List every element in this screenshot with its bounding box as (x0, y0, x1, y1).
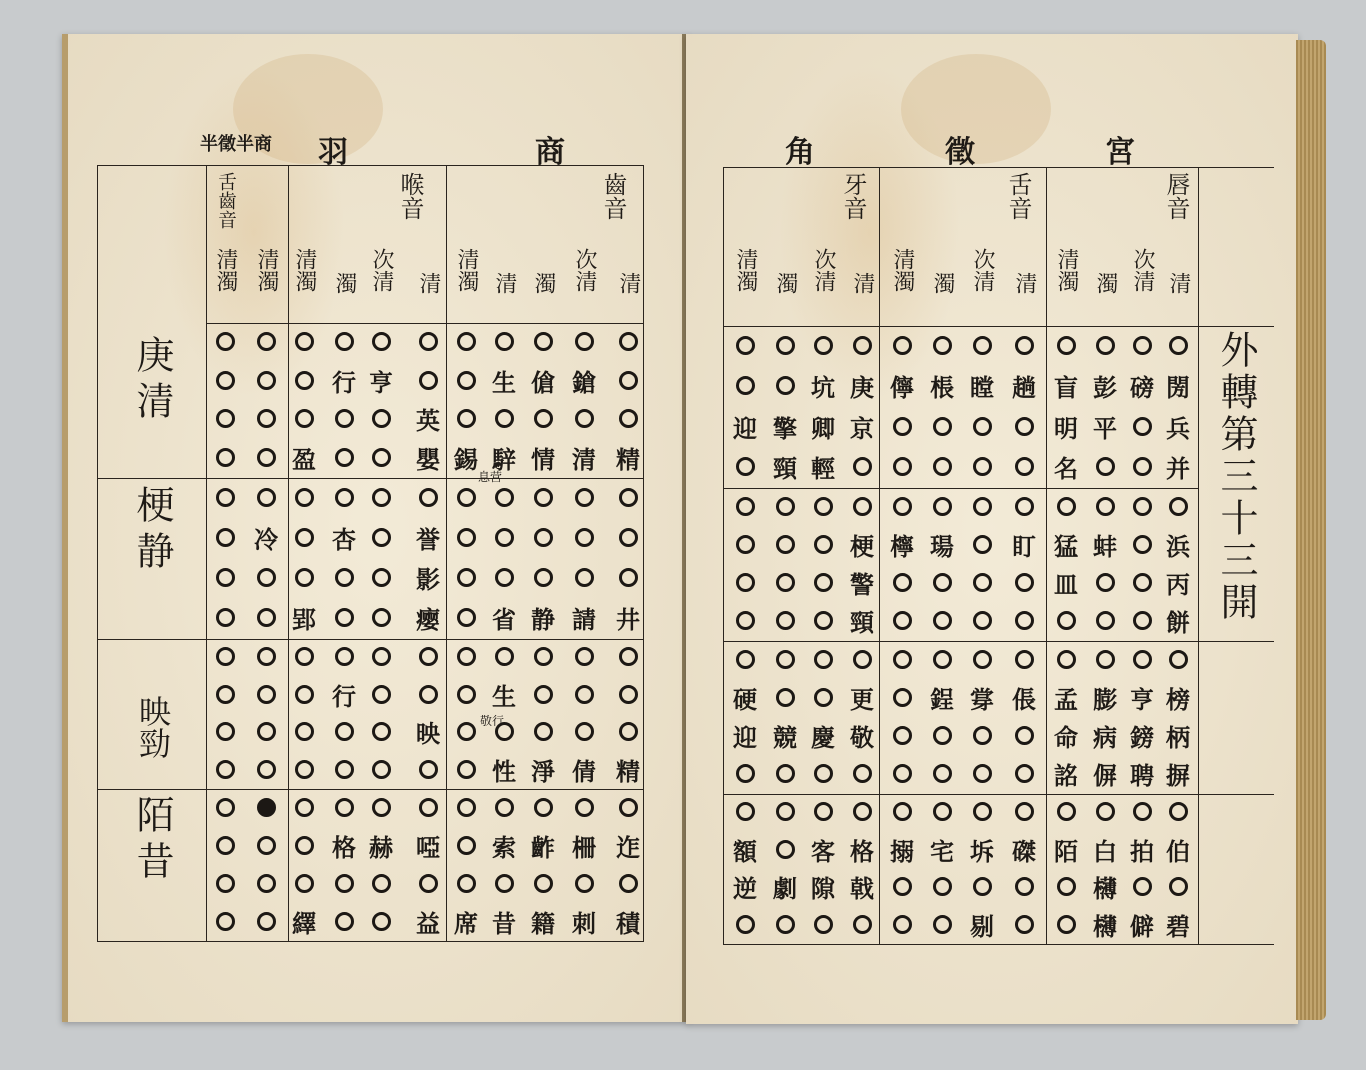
right-cell (1161, 488, 1195, 524)
empty-circle-icon (335, 874, 354, 893)
page-stack-edge (1296, 40, 1326, 1020)
right-cell: 趟 (1007, 368, 1041, 404)
voicing-label: 清 (1011, 272, 1037, 294)
left-cell: 情 (526, 440, 560, 476)
empty-circle-icon (257, 836, 276, 855)
right-cell: 倀 (1007, 679, 1041, 715)
empty-circle-icon (372, 568, 391, 587)
left-cell (449, 639, 483, 675)
right-cell: 丙 (1161, 565, 1195, 601)
empty-circle-icon (457, 760, 476, 779)
right-cell (728, 756, 762, 792)
empty-circle-icon (619, 409, 638, 428)
empty-circle-icon (933, 650, 952, 669)
empty-circle-icon (295, 409, 314, 428)
empty-circle-icon (736, 497, 755, 516)
right-cell: 摒 (1161, 756, 1195, 792)
right-cell (885, 794, 919, 830)
right-cell (1125, 526, 1159, 562)
empty-circle-icon (372, 760, 391, 779)
empty-circle-icon (534, 568, 553, 587)
empty-circle-icon (814, 573, 833, 592)
left-cell (364, 519, 398, 555)
empty-circle-icon (216, 488, 235, 507)
empty-circle-icon (853, 457, 872, 476)
empty-circle-icon (495, 798, 514, 817)
empty-circle-icon (372, 409, 391, 428)
right-cell: 磅 (1125, 368, 1159, 404)
voicing-label: 清濁 (453, 248, 479, 292)
empty-circle-icon (1015, 802, 1034, 821)
right-cell: 榜 (1161, 679, 1195, 715)
right-cell (965, 449, 999, 485)
right-cell: 偋 (1088, 756, 1122, 792)
empty-circle-icon (1057, 497, 1076, 516)
left-cell: 籍 (526, 903, 560, 939)
left-cell (364, 714, 398, 750)
empty-circle-icon (776, 611, 795, 630)
left-cell (611, 714, 645, 750)
right-cell: 競 (768, 718, 802, 754)
group-title-gong: 宮 (1105, 127, 1135, 171)
left-cell: 齚 (526, 827, 560, 863)
left-cell (411, 789, 445, 825)
right-cell (925, 906, 959, 942)
empty-circle-icon (575, 488, 594, 507)
left-cell: 行 (327, 362, 361, 398)
left-cell (364, 323, 398, 359)
left-cell (611, 401, 645, 437)
empty-circle-icon (933, 915, 952, 934)
rime-label-departing: 映勁 (130, 695, 176, 759)
empty-circle-icon (1057, 611, 1076, 630)
right-cell: 硬 (728, 679, 762, 715)
empty-circle-icon (814, 611, 833, 630)
left-cell (526, 865, 560, 901)
voicing-label: 清濁 (291, 248, 317, 292)
empty-circle-icon (814, 915, 833, 934)
right-cell: 名 (1049, 449, 1083, 485)
right-cell (768, 565, 802, 601)
left-cell (611, 323, 645, 359)
left-cell: 映 (411, 714, 445, 750)
left-cell (567, 789, 601, 825)
left-cell (567, 479, 601, 515)
empty-circle-icon (1057, 336, 1076, 355)
right-cell (1088, 327, 1122, 363)
right-cell: 逆 (728, 869, 762, 905)
empty-circle-icon (776, 840, 795, 859)
left-cell (249, 751, 283, 787)
left-cell: 精 (611, 751, 645, 787)
left-cell (208, 479, 242, 515)
empty-circle-icon (216, 409, 235, 428)
left-cell (526, 714, 560, 750)
right-cell (1049, 327, 1083, 363)
left-cell (287, 751, 321, 787)
right-cell (1049, 603, 1083, 639)
left-cell (249, 560, 283, 596)
empty-circle-icon (534, 798, 553, 817)
left-cell: 請 (567, 600, 601, 636)
left-cell (411, 362, 445, 398)
empty-circle-icon (372, 488, 391, 507)
right-cell (806, 488, 840, 524)
left-cell: 誉 (411, 519, 445, 555)
left-cell: 瘿 (411, 600, 445, 636)
empty-circle-icon (736, 376, 755, 395)
empty-circle-icon (619, 647, 638, 666)
right-cell: 鎊 (1125, 718, 1159, 754)
left-cell: 省 (487, 600, 521, 636)
left-cell: 行 (327, 676, 361, 712)
left-cell (449, 519, 483, 555)
right-cell: 盯 (1007, 526, 1041, 562)
right-cell: 亨 (1125, 679, 1159, 715)
left-cell (208, 600, 242, 636)
empty-circle-icon (619, 332, 638, 351)
left-cell (208, 401, 242, 437)
empty-circle-icon (814, 764, 833, 783)
empty-circle-icon (933, 417, 952, 436)
empty-circle-icon (776, 336, 795, 355)
empty-circle-icon (776, 915, 795, 934)
empty-circle-icon (457, 874, 476, 893)
right-cell (1007, 327, 1041, 363)
left-cell (411, 865, 445, 901)
initial-class-label: 唇音 (1163, 172, 1189, 220)
empty-circle-icon (814, 497, 833, 516)
empty-circle-icon (575, 528, 594, 547)
left-cell (487, 639, 521, 675)
right-cell (885, 718, 919, 754)
left-cell (487, 323, 521, 359)
initial-class-label: 喉音 (397, 172, 423, 220)
empty-circle-icon (295, 760, 314, 779)
right-cell (965, 794, 999, 830)
left-cell (249, 639, 283, 675)
right-cell (806, 526, 840, 562)
empty-circle-icon (372, 608, 391, 627)
right-cell (1125, 869, 1159, 905)
empty-circle-icon (216, 332, 235, 351)
empty-circle-icon (736, 611, 755, 630)
right-cell (1088, 603, 1122, 639)
right-cell: 明 (1049, 408, 1083, 444)
left-cell (249, 789, 283, 825)
left-cell (327, 903, 361, 939)
left-cell: 精 (611, 440, 645, 476)
empty-circle-icon (295, 371, 314, 390)
empty-circle-icon (372, 448, 391, 467)
right-cell (1007, 565, 1041, 601)
left-cell: 赫 (364, 827, 398, 863)
right-cell (965, 641, 999, 677)
empty-circle-icon (1169, 497, 1188, 516)
empty-circle-icon (216, 371, 235, 390)
right-cell: 僻 (1125, 906, 1159, 942)
left-cell: 英 (411, 401, 445, 437)
empty-circle-icon (257, 874, 276, 893)
left-cell (364, 600, 398, 636)
margin-annotation: 息营 (478, 468, 502, 485)
right-cell: 鋥 (925, 679, 959, 715)
empty-circle-icon (776, 688, 795, 707)
right-cell (845, 449, 879, 485)
left-cell (526, 519, 560, 555)
empty-circle-icon (1015, 497, 1034, 516)
right-cell: 餅 (1161, 603, 1195, 639)
empty-circle-icon (495, 332, 514, 351)
right-cell (768, 756, 802, 792)
right-cell (1049, 794, 1083, 830)
empty-circle-icon (534, 722, 553, 741)
empty-circle-icon (619, 488, 638, 507)
divider (879, 168, 880, 944)
group-title-banzhi-banshang: 半徵半商 (200, 130, 272, 156)
right-cell (845, 641, 879, 677)
empty-circle-icon (457, 647, 476, 666)
right-cell: 搦 (885, 831, 919, 867)
empty-circle-icon (335, 332, 354, 351)
left-cell (287, 401, 321, 437)
empty-circle-icon (619, 874, 638, 893)
empty-circle-icon (973, 457, 992, 476)
empty-circle-icon (372, 874, 391, 893)
empty-circle-icon (619, 568, 638, 587)
left-cell (287, 676, 321, 712)
right-cell (768, 641, 802, 677)
left-cell: 益 (411, 903, 445, 939)
empty-circle-icon (933, 877, 952, 896)
left-cell (249, 401, 283, 437)
left-cell: 盈 (287, 440, 321, 476)
empty-circle-icon (736, 573, 755, 592)
right-cell: 蚌 (1088, 526, 1122, 562)
empty-circle-icon (457, 488, 476, 507)
empty-circle-icon (893, 497, 912, 516)
right-cell (1088, 449, 1122, 485)
right-cell (768, 526, 802, 562)
right-cell (768, 794, 802, 830)
right-cell: 閍 (1161, 368, 1195, 404)
left-cell (287, 714, 321, 750)
left-cell (327, 600, 361, 636)
right-cell: 警 (845, 565, 879, 601)
empty-circle-icon (495, 647, 514, 666)
voicing-label: 濁 (772, 272, 798, 294)
right-cell (1007, 906, 1041, 942)
left-cell: 積 (611, 903, 645, 939)
left-cell (208, 519, 242, 555)
empty-circle-icon (257, 647, 276, 666)
right-cell: 浜 (1161, 526, 1195, 562)
empty-circle-icon (933, 726, 952, 745)
empty-circle-icon (893, 915, 912, 934)
right-cell (1088, 641, 1122, 677)
empty-circle-icon (853, 802, 872, 821)
empty-circle-icon (216, 568, 235, 587)
chapter-title: 外轉第三十三開 (1216, 330, 1256, 624)
empty-circle-icon (1015, 457, 1034, 476)
right-cell (1007, 641, 1041, 677)
right-cell: 頸 (768, 449, 802, 485)
left-cell (364, 903, 398, 939)
right-cell (728, 641, 762, 677)
empty-circle-icon (534, 685, 553, 704)
empty-circle-icon (853, 650, 872, 669)
left-cell: 刺 (567, 903, 601, 939)
left-cell (287, 362, 321, 398)
empty-circle-icon (457, 798, 476, 817)
empty-circle-icon (216, 912, 235, 931)
empty-circle-icon (295, 874, 314, 893)
left-cell (449, 362, 483, 398)
divider (1046, 168, 1047, 944)
left-cell (208, 865, 242, 901)
empty-circle-icon (973, 417, 992, 436)
empty-circle-icon (776, 376, 795, 395)
right-cell: 坑 (806, 368, 840, 404)
left-cell (208, 827, 242, 863)
left-cell (287, 865, 321, 901)
filled-circle-icon (257, 798, 276, 817)
left-cell (249, 676, 283, 712)
right-cell: 棖 (925, 368, 959, 404)
empty-circle-icon (257, 722, 276, 741)
left-cell (487, 519, 521, 555)
right-cell (1125, 449, 1159, 485)
left-cell: 杏 (327, 519, 361, 555)
empty-circle-icon (736, 802, 755, 821)
right-cell (728, 449, 762, 485)
empty-circle-icon (216, 760, 235, 779)
empty-circle-icon (335, 912, 354, 931)
empty-circle-icon (1015, 915, 1034, 934)
left-cell (327, 789, 361, 825)
voicing-label: 濁 (331, 272, 357, 294)
right-cell: 白 (1088, 831, 1122, 867)
right-cell: 京 (845, 408, 879, 444)
empty-circle-icon (575, 685, 594, 704)
right-cell (885, 449, 919, 485)
right-cell: 儜 (885, 368, 919, 404)
left-cell: 傖 (526, 362, 560, 398)
right-cell: 客 (806, 831, 840, 867)
right-cell: 迎 (728, 718, 762, 754)
left-cell (327, 440, 361, 476)
initial-class-label: 齒音 (600, 172, 626, 220)
right-cell (1007, 603, 1041, 639)
left-cell: 格 (327, 827, 361, 863)
left-cell (249, 362, 283, 398)
right-cell: 瑒 (925, 526, 959, 562)
right-cell: 猛 (1049, 526, 1083, 562)
left-cell (364, 639, 398, 675)
empty-circle-icon (1057, 802, 1076, 821)
empty-circle-icon (457, 371, 476, 390)
empty-circle-icon (457, 685, 476, 704)
empty-circle-icon (335, 608, 354, 627)
empty-circle-icon (933, 497, 952, 516)
left-cell (208, 903, 242, 939)
right-cell: 格 (845, 831, 879, 867)
right-cell (925, 641, 959, 677)
right-cell: 輕 (806, 449, 840, 485)
right-cell (1007, 794, 1041, 830)
right-cell (728, 906, 762, 942)
initial-class-label: 舌音 (1005, 172, 1031, 220)
empty-circle-icon (736, 457, 755, 476)
empty-circle-icon (257, 568, 276, 587)
left-cell (327, 401, 361, 437)
left-cell (526, 639, 560, 675)
empty-circle-icon (973, 650, 992, 669)
right-cell: 伯 (1161, 831, 1195, 867)
empty-circle-icon (933, 802, 952, 821)
right-cell (1161, 327, 1195, 363)
left-cell (364, 560, 398, 596)
empty-circle-icon (257, 488, 276, 507)
empty-circle-icon (457, 568, 476, 587)
right-cell (965, 756, 999, 792)
empty-circle-icon (372, 332, 391, 351)
left-cell (208, 789, 242, 825)
right-cell (1125, 488, 1159, 524)
right-cell (885, 641, 919, 677)
empty-circle-icon (1133, 573, 1152, 592)
empty-circle-icon (736, 650, 755, 669)
right-cell (925, 756, 959, 792)
empty-circle-icon (736, 336, 755, 355)
empty-circle-icon (933, 573, 952, 592)
empty-circle-icon (575, 798, 594, 817)
left-cell: 迮 (611, 827, 645, 863)
left-cell (327, 865, 361, 901)
empty-circle-icon (295, 528, 314, 547)
left-cell (411, 639, 445, 675)
left-cell: 柵 (567, 827, 601, 863)
right-cell (1007, 408, 1041, 444)
empty-circle-icon (619, 685, 638, 704)
left-cell (611, 519, 645, 555)
empty-circle-icon (1096, 802, 1115, 821)
empty-circle-icon (973, 535, 992, 554)
empty-circle-icon (853, 764, 872, 783)
left-cell (208, 676, 242, 712)
left-cell: 郢 (287, 600, 321, 636)
left-cell (208, 440, 242, 476)
empty-circle-icon (257, 371, 276, 390)
empty-circle-icon (619, 528, 638, 547)
empty-circle-icon (257, 760, 276, 779)
right-cell: 瞠 (965, 368, 999, 404)
empty-circle-icon (973, 611, 992, 630)
right-cell (1049, 869, 1083, 905)
left-cell (449, 560, 483, 596)
right-cell (885, 869, 919, 905)
right-cell (806, 565, 840, 601)
right-cell: 額 (728, 831, 762, 867)
left-cell (364, 676, 398, 712)
initial-class-label: 舌齒音 (213, 172, 239, 229)
left-cell (287, 639, 321, 675)
left-cell (411, 751, 445, 787)
left-cell: 淨 (526, 751, 560, 787)
left-cell: 生 (487, 676, 521, 712)
empty-circle-icon (495, 488, 514, 507)
right-cell (925, 327, 959, 363)
